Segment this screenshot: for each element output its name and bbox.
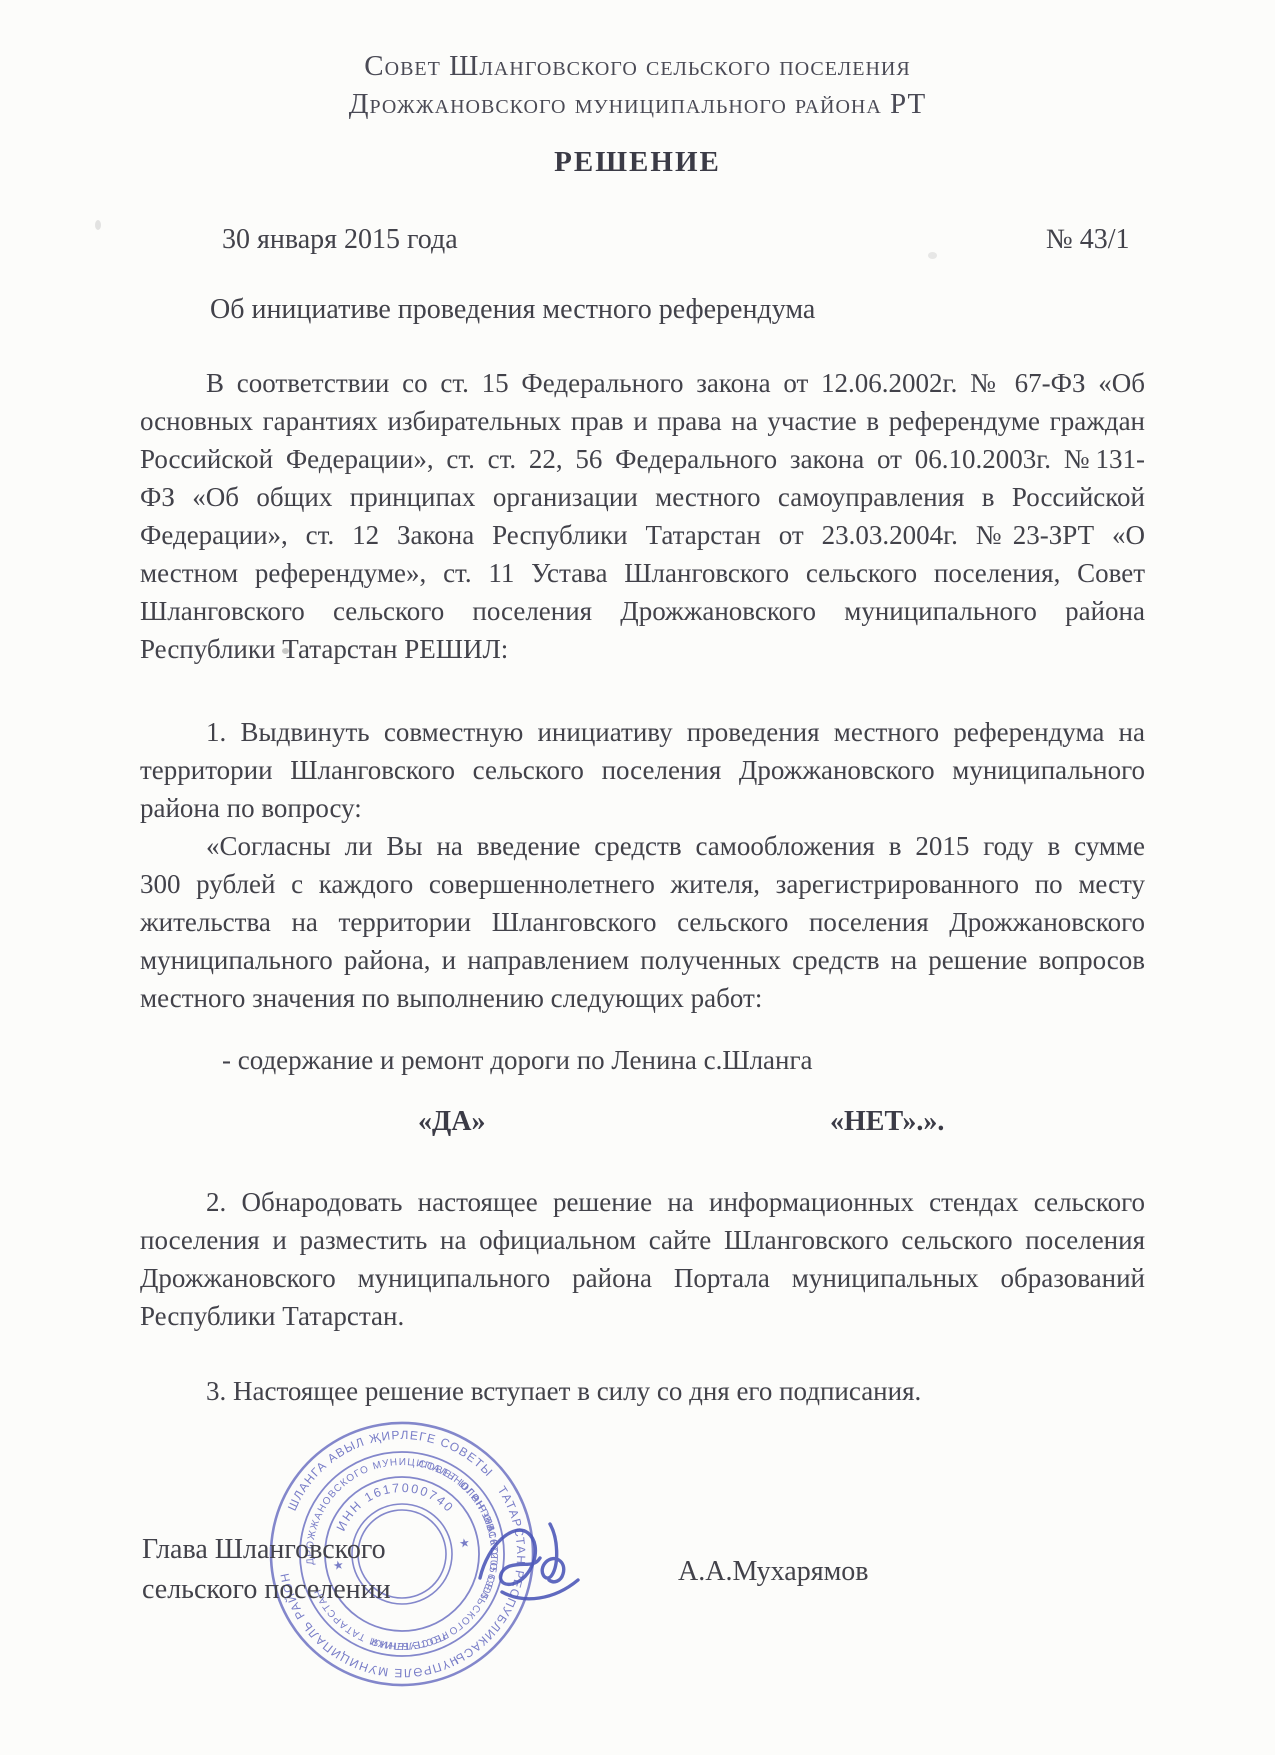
signer-position-line2: сельского поселении (142, 1570, 391, 1610)
document-subject: Об инициативе проведения местного рефере… (210, 294, 815, 326)
paragraph-line: Шланговского сельского поселения Дрожжан… (140, 592, 1145, 630)
item-1-paragraph: 1. Выдвинуть совместную инициативу прове… (140, 713, 1145, 1017)
scan-speck (928, 252, 937, 259)
paragraph-line: жительства на территории Шланговского се… (140, 903, 1145, 941)
paragraph-line: 1. Выдвинуть совместную инициативу прове… (140, 713, 1145, 751)
paragraph-line: Федерации», ст. 12 Закона Республики Тат… (140, 516, 1145, 554)
item-2-paragraph: 2. Обнародовать настоящее решение на инф… (140, 1183, 1145, 1335)
paragraph-line: района по вопросу: (140, 789, 1145, 827)
paragraph-line: - содержание и ремонт дороги по Ленина с… (140, 1041, 1145, 1079)
paragraph-line: поселения и разместить на официальном са… (140, 1221, 1145, 1259)
paragraph-line: В соответствии со ст. 15 Федерального за… (140, 364, 1145, 402)
paragraph-line: местного значения по выполнению следующи… (140, 979, 1145, 1017)
paragraph-line: ФЗ «Об общих принципах организации местн… (140, 478, 1145, 516)
org-name-line2: Дрожжановского муниципального района РТ (0, 88, 1275, 121)
paragraph-line: 3. Настоящее решение вступает в силу со … (140, 1372, 1145, 1410)
signer-position-line1: Глава Шланговского (142, 1530, 391, 1570)
handwritten-signature (462, 1508, 642, 1628)
scan-speck (95, 220, 101, 230)
paragraph-line: территории Шланговского сельского поселе… (140, 751, 1145, 789)
paragraph-line: муниципального района, и направлением по… (140, 941, 1145, 979)
scan-speck (262, 806, 267, 811)
paragraph-line: 300 рублей с каждого совершеннолетнего ж… (140, 865, 1145, 903)
signature-stroke (480, 1530, 540, 1584)
paragraph-line: «Согласны ли Вы на введение средств само… (140, 827, 1145, 865)
paragraph-line: Республики Татарстан. (140, 1297, 1145, 1335)
paragraph-line: Республики Татарстан РЕШИЛ: (140, 630, 1145, 668)
paragraph-line: Российской Федерации», ст. ст. 22, 56 Фе… (140, 440, 1145, 478)
item-3-paragraph: 3. Настоящее решение вступает в силу со … (140, 1372, 1145, 1410)
vote-options-row: «ДА» «НЕТ».». (140, 1106, 1145, 1144)
signer-name: А.А.Мухарямов (678, 1556, 869, 1588)
paragraph-line: 2. Обнародовать настоящее решение на инф… (140, 1183, 1145, 1221)
work-item: - содержание и ремонт дороги по Ленина с… (140, 1041, 1145, 1079)
document-title: РЕШЕНИЕ (0, 146, 1275, 179)
paragraph-line: Дрожжановского муниципального района Пор… (140, 1259, 1145, 1297)
signature-stroke (542, 1524, 564, 1582)
preamble-paragraph: В соответствии со ст. 15 Федерального за… (140, 364, 1145, 668)
paragraph-line: основных гарантиях избирательных прав и … (140, 402, 1145, 440)
document-date: 30 января 2015 года (222, 224, 458, 256)
org-name-line1: Совет Шланговского сельского поселения (0, 50, 1275, 83)
scanned-document-page: Совет Шланговского сельского поселения Д… (0, 0, 1275, 1755)
scan-speck (282, 648, 289, 654)
signer-position: Глава Шланговского сельского поселении (142, 1530, 391, 1610)
paragraph-line: местном референдуме», ст. 11 Устава Шлан… (140, 554, 1145, 592)
vote-no-label: «НЕТ».». (830, 1106, 944, 1138)
vote-yes-label: «ДА» (418, 1106, 485, 1138)
document-number: № 43/1 (1046, 224, 1130, 256)
